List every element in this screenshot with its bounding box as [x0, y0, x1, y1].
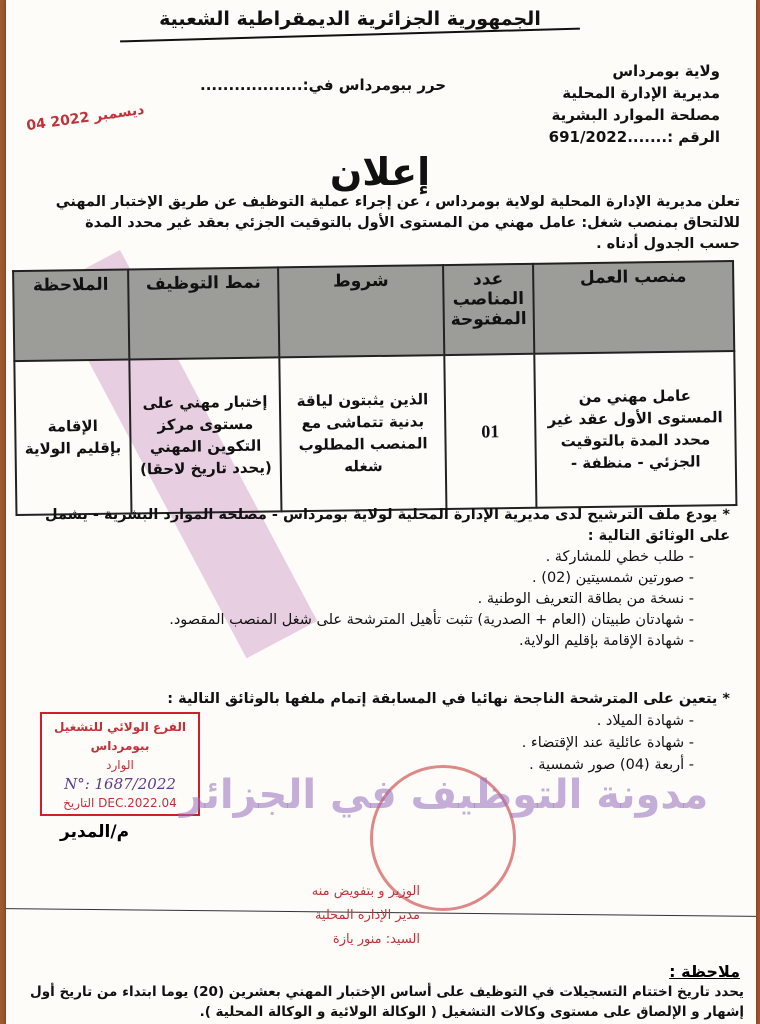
signature-line: مدير الإدارة المحلية	[210, 904, 420, 928]
header-mode: نمط التوظيف	[128, 267, 280, 359]
stamp-office: الفرع الولائي للتشغيل ببومرداس	[42, 718, 198, 756]
blog-watermark: مدونة التوظيف في الجزائر	[180, 772, 708, 818]
table-header-row: منصب العمل عدد المناصب المفتوحة شروط نمط…	[13, 261, 734, 361]
cell-note: الإقامة بإقليم الولاية	[14, 359, 131, 515]
republic-title: الجمهورية الجزائرية الديمقراطية الشعبية	[159, 8, 541, 30]
signature-name: السيد: منور يازة	[210, 928, 420, 952]
positions-table: منصب العمل عدد المناصب المفتوحة شروط نمط…	[12, 260, 737, 516]
list-item: - طلب خطي للمشاركة .	[40, 547, 730, 568]
stamp-date: 04.DEC.2022 التاريخ	[42, 794, 198, 813]
list-item: - شهادة الإقامة بإقليم الولاية.	[40, 631, 730, 652]
wilaya-label: ولاية بومرداس	[490, 60, 720, 82]
cell-count: 01	[444, 354, 536, 509]
note-title: ملاحظة :	[669, 962, 740, 981]
received-stamp: الفرع الولائي للتشغيل ببومرداس الوارد N°…	[40, 712, 200, 816]
cell-mode: إختبار مهني على مستوى مركز التكوين المهن…	[129, 357, 282, 513]
header-conditions: شروط	[278, 265, 444, 357]
final-heading: * يتعين على المترشحة الناجحة نهائيا في ا…	[40, 688, 730, 710]
list-item: - نسخة من بطاقة التعريف الوطنية .	[40, 589, 730, 610]
issuer-block: ولاية بومرداس مديرية الإدارة المحلية مصل…	[490, 60, 720, 148]
service-label: مصلحة الموارد البشرية	[490, 104, 720, 126]
cell-position: عامل مهني من المستوى الأول عقد غير محدد …	[534, 351, 736, 508]
cell-conditions: الذين يثبتون لياقة بدنية تتماشى مع المنص…	[280, 355, 447, 511]
list-item: - صورتين شمسيتين (02) .	[40, 568, 730, 589]
header-note: الملاحظة	[13, 269, 129, 361]
intro-paragraph: تعلن مديرية الإدارة المحلية لولاية بومرد…	[40, 192, 740, 255]
signature-block: الوزير و بتفويض منه مدير الإدارة المحلية…	[210, 880, 420, 952]
header-position: منصب العمل	[533, 261, 734, 354]
documents-heading: * يودع ملف الترشيح لدى مديرية الإدارة ال…	[40, 505, 730, 547]
required-documents: * يودع ملف الترشيح لدى مديرية الإدارة ال…	[40, 505, 730, 652]
republic-header: الجمهورية الجزائرية الديمقراطية الشعبية	[120, 8, 580, 30]
announcement-title: إعلان	[250, 150, 510, 194]
reference-number: الرقم :.......691/2022	[490, 126, 720, 148]
table-row: عامل مهني من المستوى الأول عقد غير محدد …	[14, 351, 736, 515]
list-item: - شهادتان طبيتان (العام + الصدرية) تثبت …	[40, 610, 730, 631]
director-label: م/المدير	[60, 822, 129, 842]
header-count: عدد المناصب المفتوحة	[443, 264, 534, 355]
note-text: يحدد تاريخ اختتام التسجيلات في التوظيف ع…	[24, 982, 744, 1022]
directorate-label: مديرية الإدارة المحلية	[490, 82, 720, 104]
stamp-number: N°: 1687/2022	[42, 775, 198, 794]
signature-line: الوزير و بتفويض منه	[210, 880, 420, 904]
written-at: حرر ببومرداس في:..................	[200, 76, 446, 94]
stamp-received: الوارد	[42, 756, 198, 775]
